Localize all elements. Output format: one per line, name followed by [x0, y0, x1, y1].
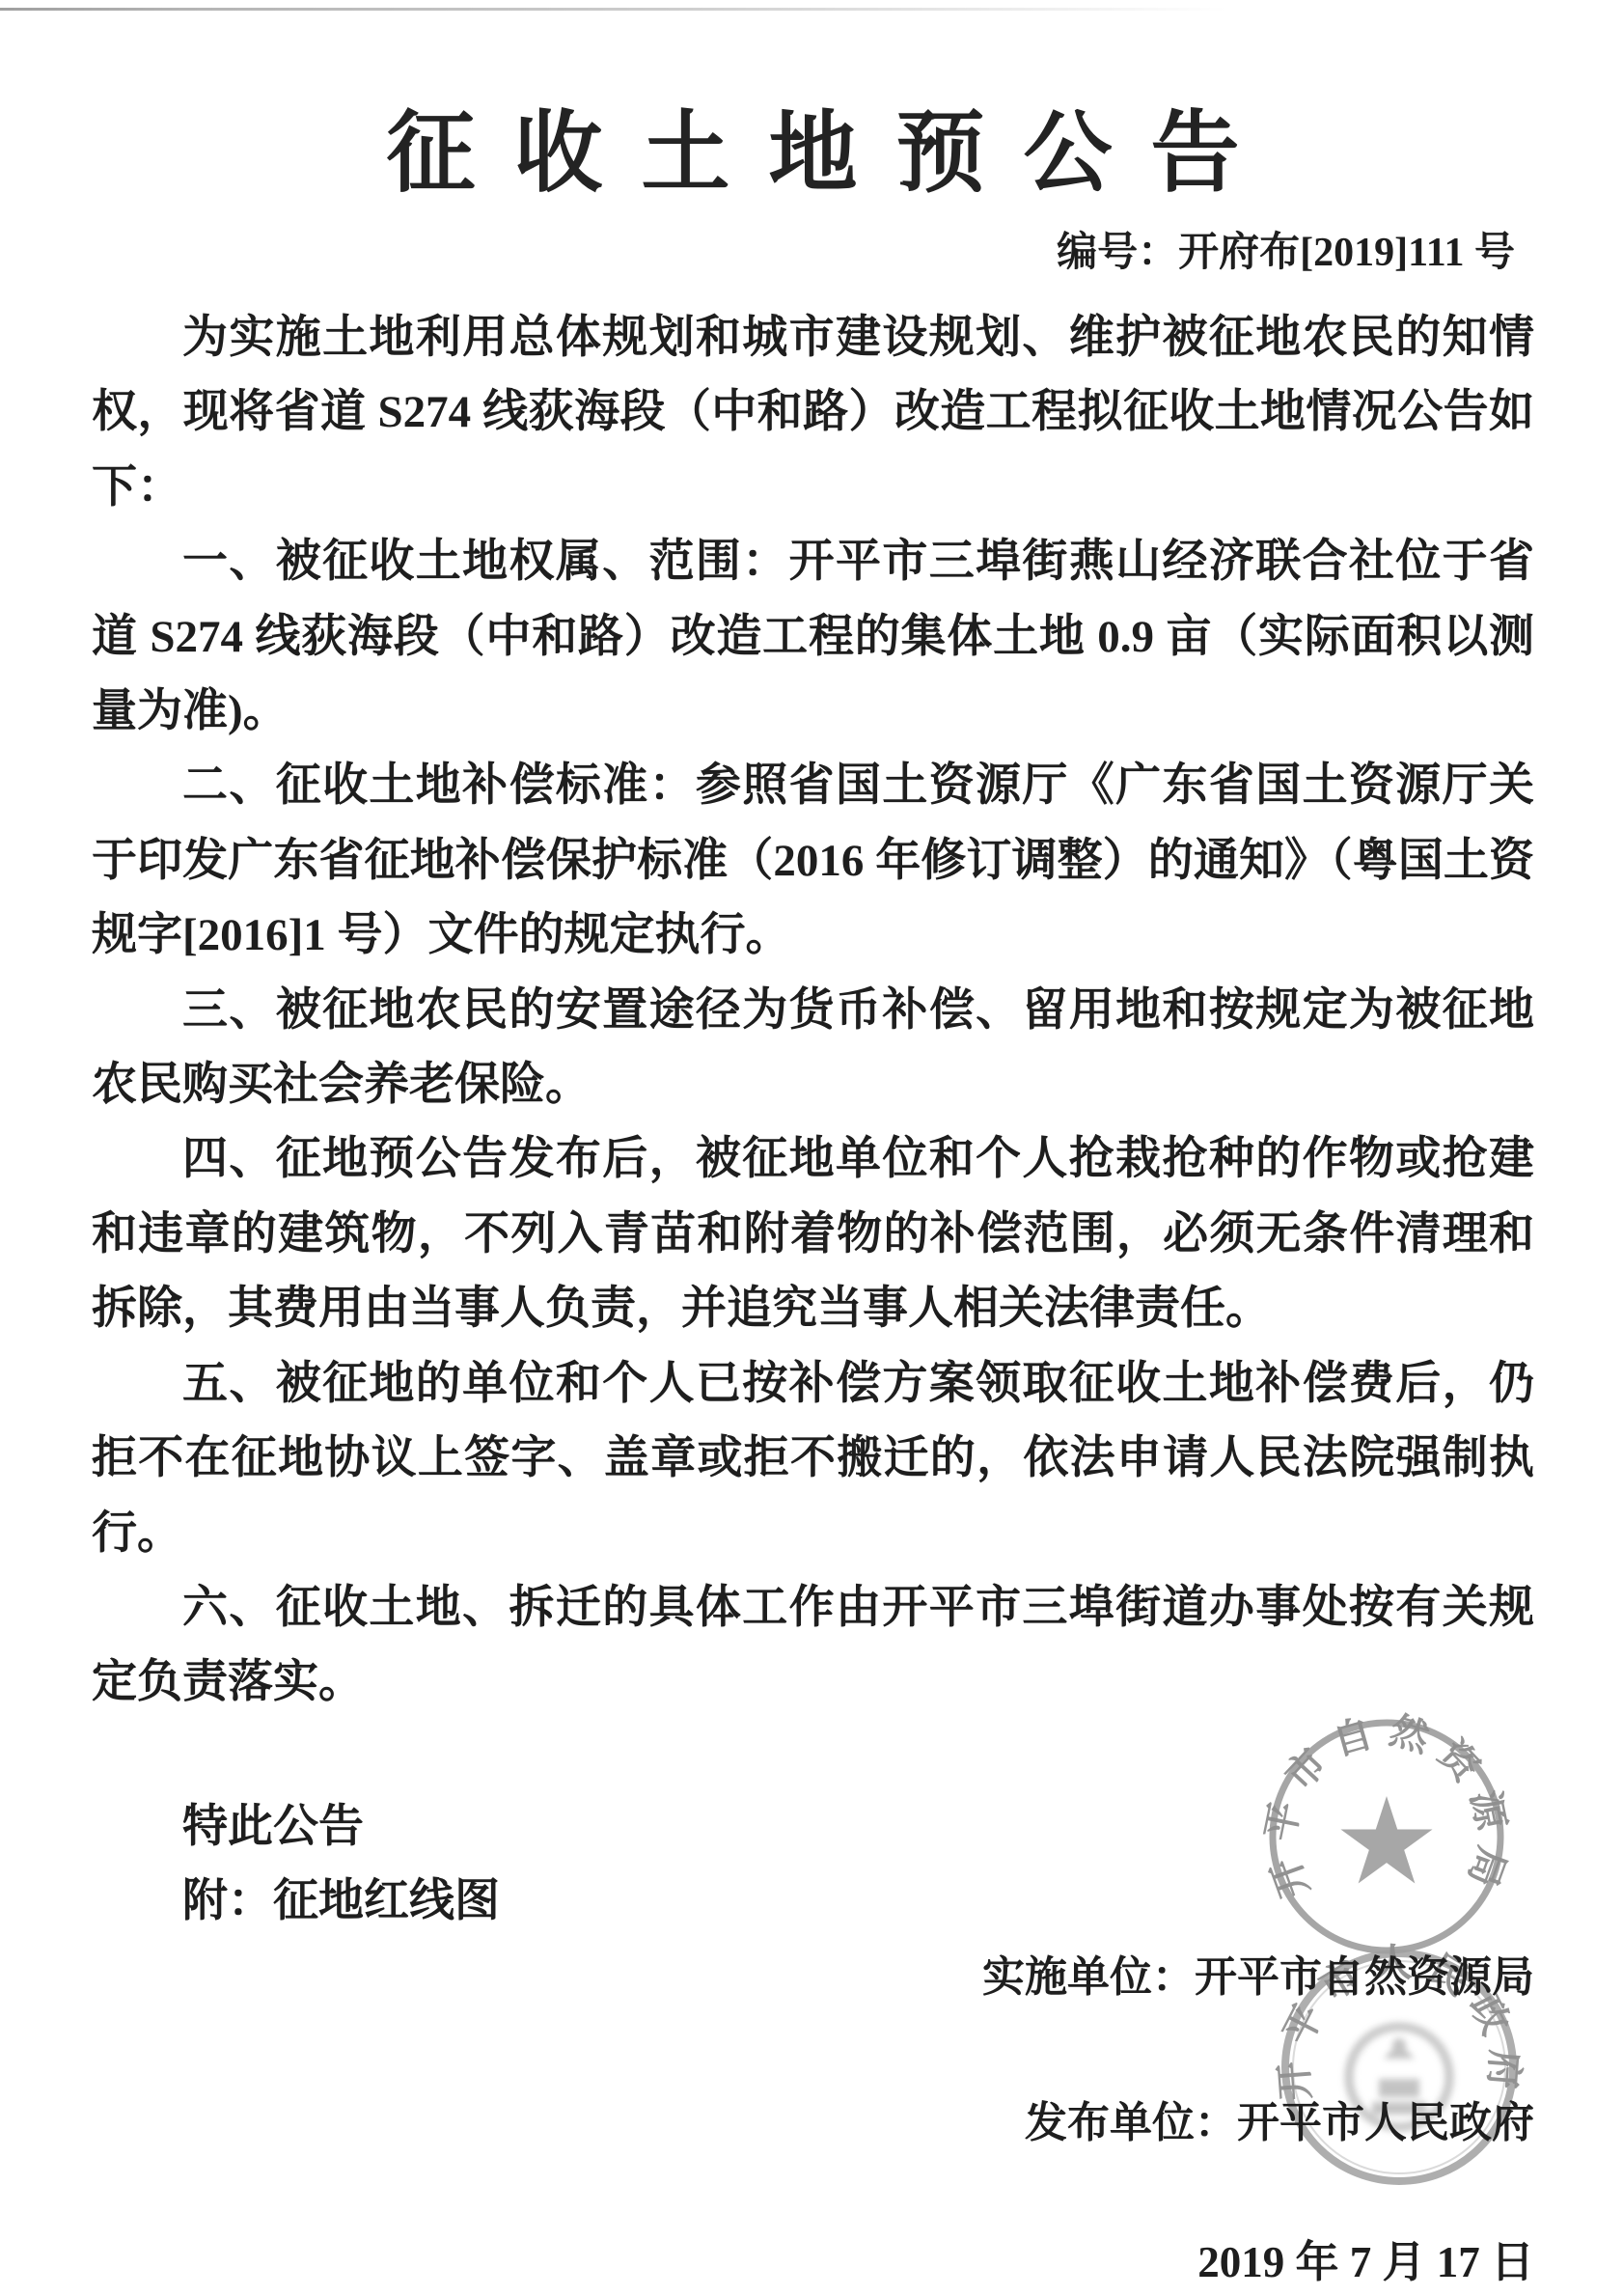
document-body: 为实施土地利用总体规划和城市建设规划、维护被征地农民的知情权，现将省道 S274… — [92, 301, 1534, 1721]
issue-date: 2019 年 7 月 17 日 — [92, 2226, 1534, 2296]
paragraph-intro: 为实施土地利用总体规划和城市建设规划、维护被征地农民的知情权，现将省道 S274… — [92, 301, 1534, 525]
issuing-unit-line: 发布单位：开平市人民政府 — [92, 2086, 1534, 2160]
paragraph-item-6: 六、征收土地、拆迁的具体工作由开平市三埠街道办事处按有关规定负责落实。 — [92, 1571, 1534, 1721]
paragraph-item-5: 五、被征地的单位和个人已按补偿方案领取征收土地补偿费后，仍拒不在征地协议上签字、… — [92, 1347, 1534, 1571]
paragraph-item-1: 一、被征收土地权属、范围：开平市三埠街燕山经济联合社位于省道 S274 线荻海段… — [92, 525, 1534, 749]
closing-statement: 特此公告 — [92, 1790, 1534, 1865]
implementing-unit-line: 实施单位：开平市自然资源局 — [92, 1940, 1534, 2014]
announcement-page: 开平市自然资源局 开平市人民政府 征收土地预公告 编号：开府布[2019]111… — [0, 0, 1623, 2296]
document-number: 编号：开府布[2019]111 号 — [92, 228, 1534, 278]
paragraph-item-3: 三、被征地农民的安置途径为货币补偿、留用地和按规定为被征地农民购买社会养老保险。 — [92, 974, 1534, 1123]
paragraph-item-2: 二、征收土地补偿标准：参照省国土资源厅《广东省国土资源厅关于印发广东省征地补偿保… — [92, 749, 1534, 973]
document-content: 征收土地预公告 编号：开府布[2019]111 号 为实施土地利用总体规划和城市… — [0, 0, 1623, 2296]
paragraph-item-4: 四、征地预公告发布后，被征地单位和个人抢栽抢种的作物或抢建和违章的建筑物，不列入… — [92, 1122, 1534, 1346]
page-title: 征收土地预公告 — [92, 0, 1573, 203]
attachment-note: 附：征地红线图 — [92, 1865, 1534, 1939]
